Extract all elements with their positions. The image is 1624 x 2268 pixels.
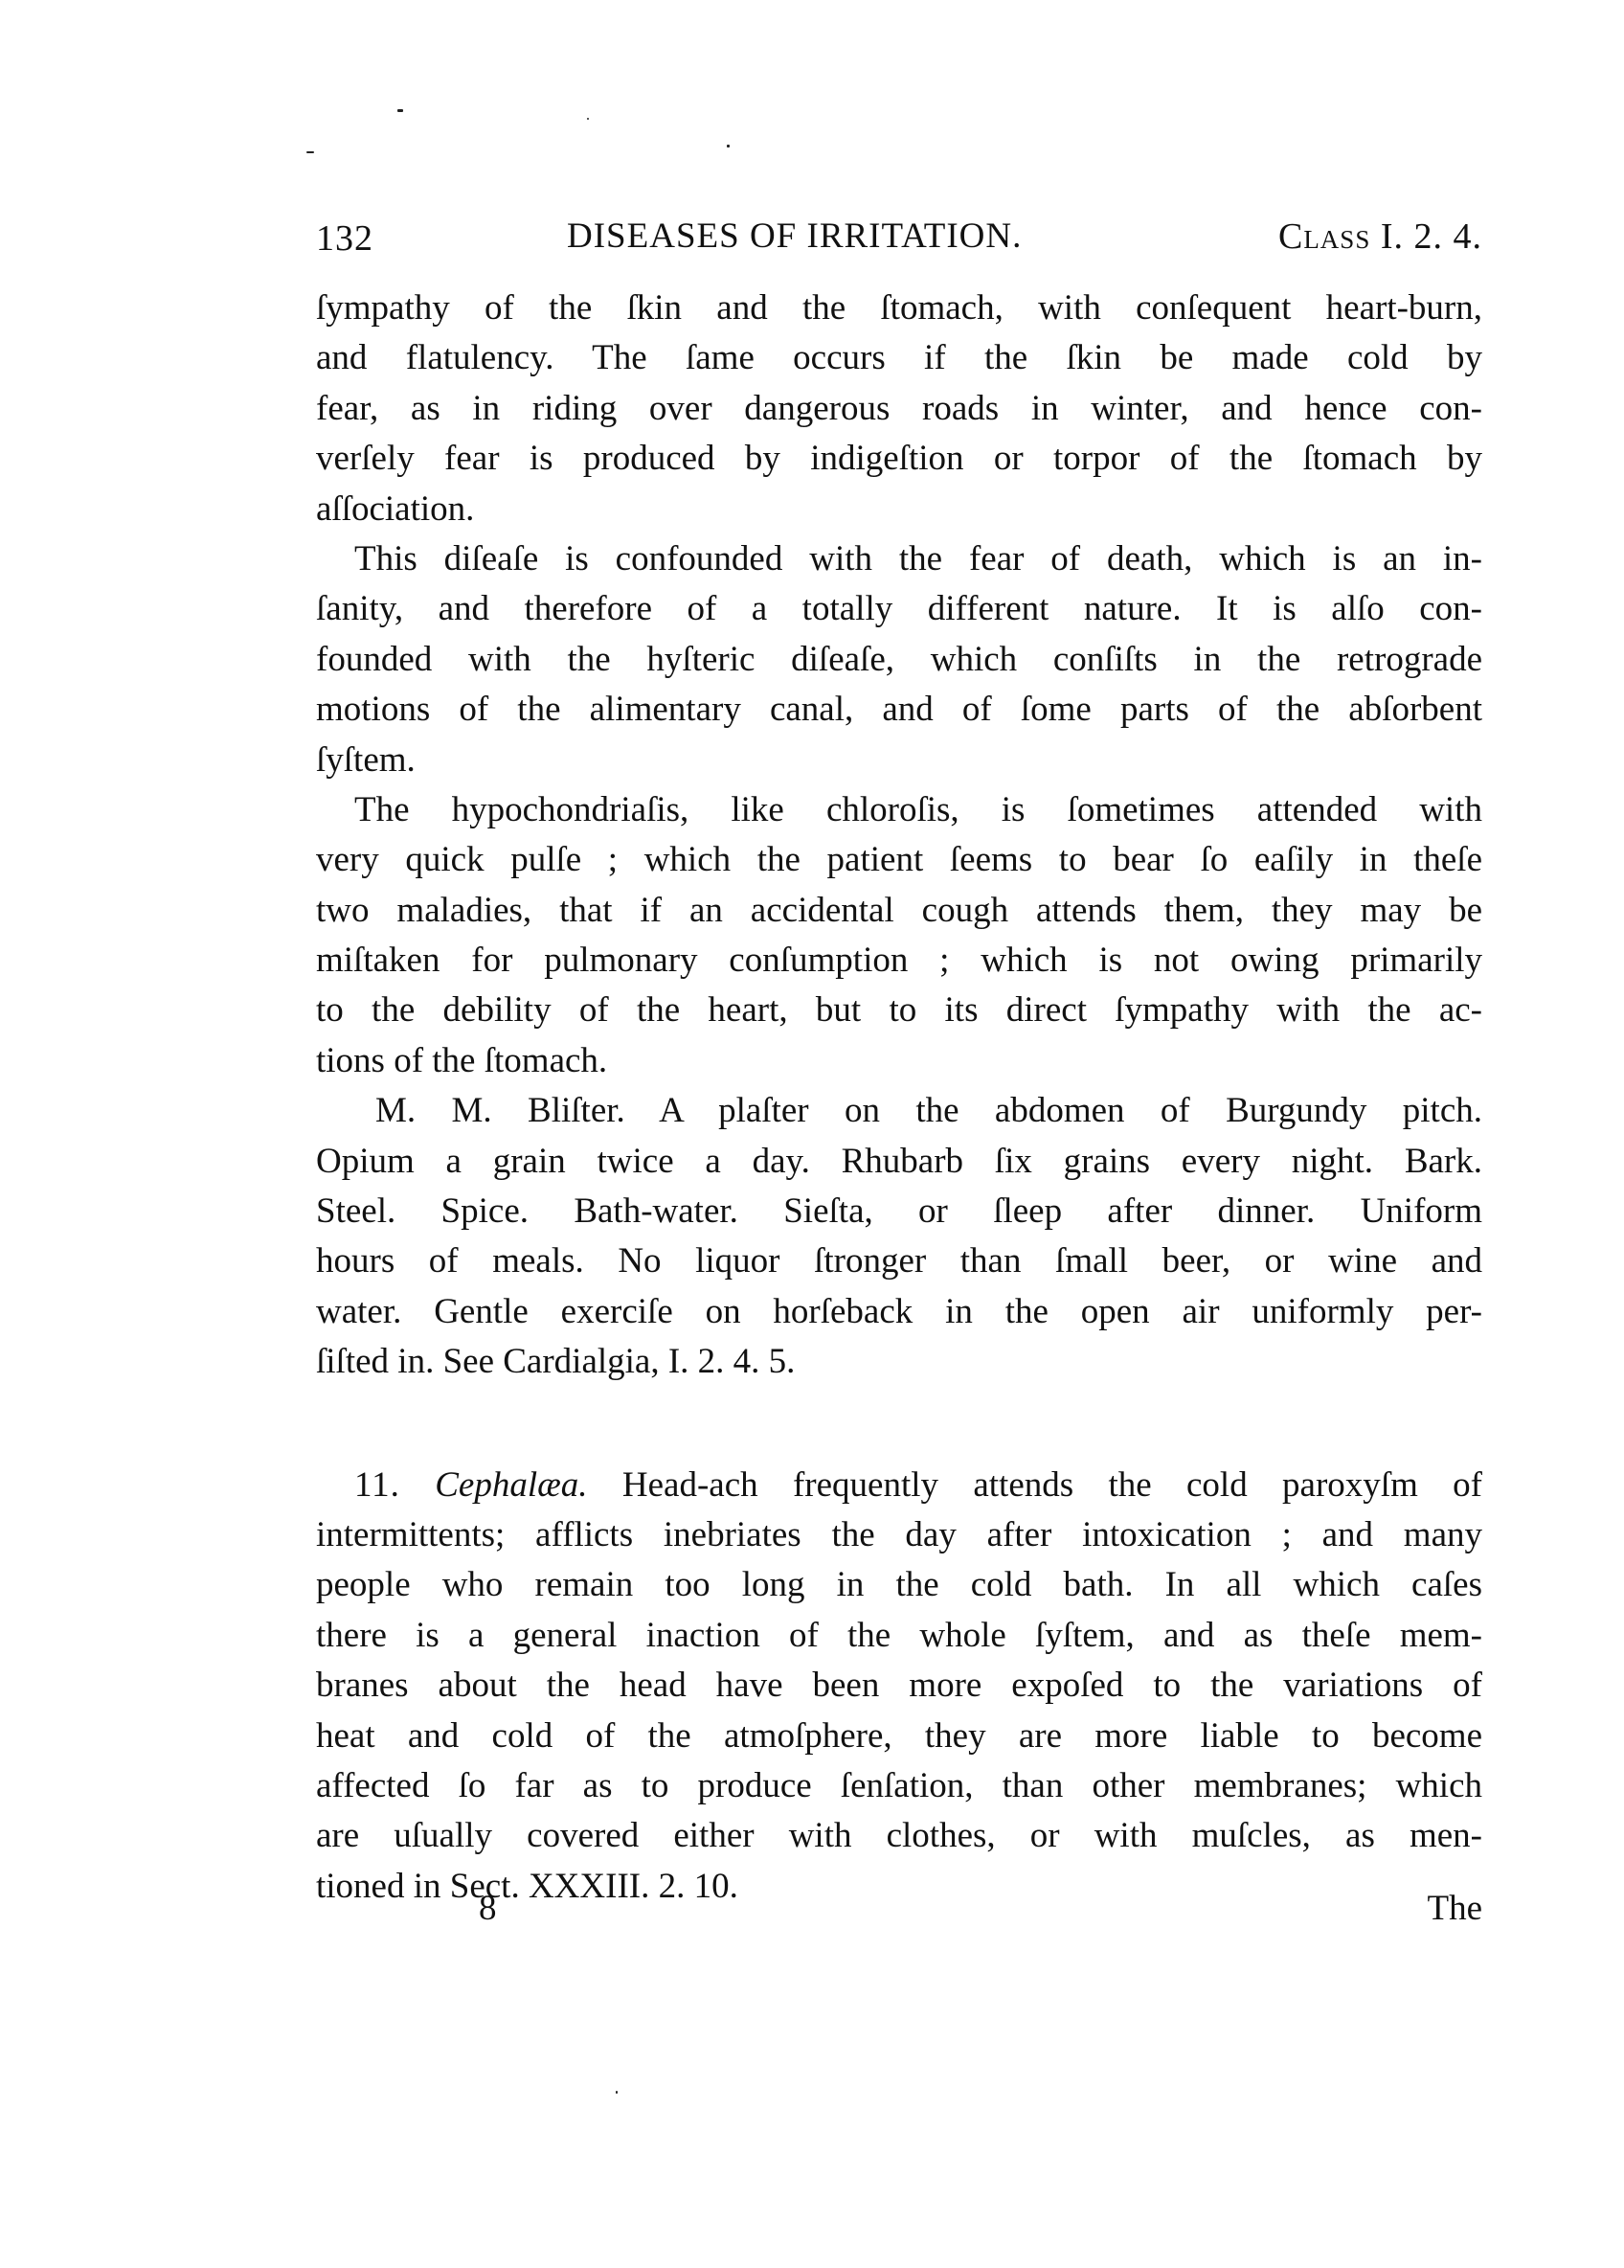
running-title: DISEASES OF IRRITATION. xyxy=(567,213,1022,261)
text-line: are uſually covered either with clothes,… xyxy=(316,1811,1482,1861)
text-line: miſtaken for pulmonary conſumption ; whi… xyxy=(316,936,1482,986)
scan-speck xyxy=(587,118,589,120)
running-head: 132 DISEASES OF IRRITATION. Class I. 2. … xyxy=(316,213,1482,261)
scan-speck xyxy=(397,109,403,112)
text-line: people who remain too long in the cold b… xyxy=(316,1560,1482,1610)
text-line: M. M. Bliſter. A plaſter on the abdomen … xyxy=(316,1086,1482,1136)
section-gap xyxy=(316,1388,1482,1461)
text-line: there is a general inaction of the whole… xyxy=(316,1611,1482,1661)
text-line: water. Gentle exerciſe on horſeback in t… xyxy=(316,1287,1482,1337)
section-first-line: 11. Cephalæa. Head-ach frequently attend… xyxy=(316,1461,1482,1510)
text-line: ſiſted in. See Cardialgia, I. 2. 4. 5. xyxy=(316,1337,1482,1387)
text-line: very quick pulſe ; which the patient ſee… xyxy=(316,835,1482,885)
text-line: affected ſo far as to produce ſenſation,… xyxy=(316,1761,1482,1811)
text-line: motions of the alimentary canal, and of … xyxy=(316,685,1482,735)
text-line: intermittents; afflicts inebriates the d… xyxy=(316,1510,1482,1560)
catchword: The xyxy=(1427,1884,1482,1934)
paragraph-continuation: ſympathy of the ſkin and the ſtomach, wi… xyxy=(316,283,1482,534)
text-line: branes about the head have been more exp… xyxy=(316,1661,1482,1711)
paragraph-methodus-medendi: M. M. Bliſter. A plaſter on the abdomen … xyxy=(316,1086,1482,1387)
text-line: heat and cold of the atmoſphere, they ar… xyxy=(316,1712,1482,1761)
body-text: ſympathy of the ſkin and the ſtomach, wi… xyxy=(316,283,1482,1912)
section-number: 11. xyxy=(354,1465,400,1505)
text-line: ſanity, and therefore of a totally diffe… xyxy=(316,584,1482,634)
text-line: founded with the hyſteric diſeaſe, which… xyxy=(316,635,1482,685)
text-line: hours of meals. No liquor ſtronger than … xyxy=(316,1236,1482,1286)
text-line: and flatulency. The ſame occurs if the ſ… xyxy=(316,333,1482,383)
page-footer: 8 The xyxy=(316,1884,1482,1934)
text-line: ſympathy of the ſkin and the ſtomach, wi… xyxy=(316,283,1482,333)
text-line: verſely fear is produced by indigeſtion … xyxy=(316,434,1482,484)
text-line: ſyſtem. xyxy=(316,736,1482,785)
text-line: Steel. Spice. Bath-water. Sieſta, or ſle… xyxy=(316,1187,1482,1236)
text-line: fear, as in riding over dangerous roads … xyxy=(316,384,1482,434)
book-page: 132 DISEASES OF IRRITATION. Class I. 2. … xyxy=(0,0,1624,2268)
paragraph-hypochondriasis: The hypochondriaſis, like chloroſis, is … xyxy=(316,785,1482,1086)
text-line: This diſeaſe is confounded with the fear… xyxy=(316,534,1482,584)
text-line: two maladies, that if an accidental coug… xyxy=(316,886,1482,936)
text-fragment: Head-ach frequently attends the cold par… xyxy=(622,1465,1482,1505)
text-line: to the debility of the heart, but to its… xyxy=(316,986,1482,1035)
scan-speck xyxy=(727,145,730,147)
text-line: The hypochondriaſis, like chloroſis, is … xyxy=(316,785,1482,835)
text-line: tions of the ſtomach. xyxy=(316,1036,1482,1086)
class-reference: Class I. 2. 4. xyxy=(1278,213,1482,261)
scan-speck xyxy=(306,151,314,153)
text-line: aſſociation. xyxy=(316,485,1482,534)
scan-speck xyxy=(616,2091,618,2094)
page-number: 132 xyxy=(316,215,373,262)
signature-mark: 8 xyxy=(479,1884,497,1934)
text-line: Opium a grain twice a day. Rhubarb ſix g… xyxy=(316,1137,1482,1187)
section-cephalaea: 11. Cephalæa. Head-ach frequently attend… xyxy=(316,1461,1482,1913)
paragraph-disease-confusion: This diſeaſe is confounded with the fear… xyxy=(316,534,1482,785)
section-heading: Cephalæa. xyxy=(435,1465,587,1505)
